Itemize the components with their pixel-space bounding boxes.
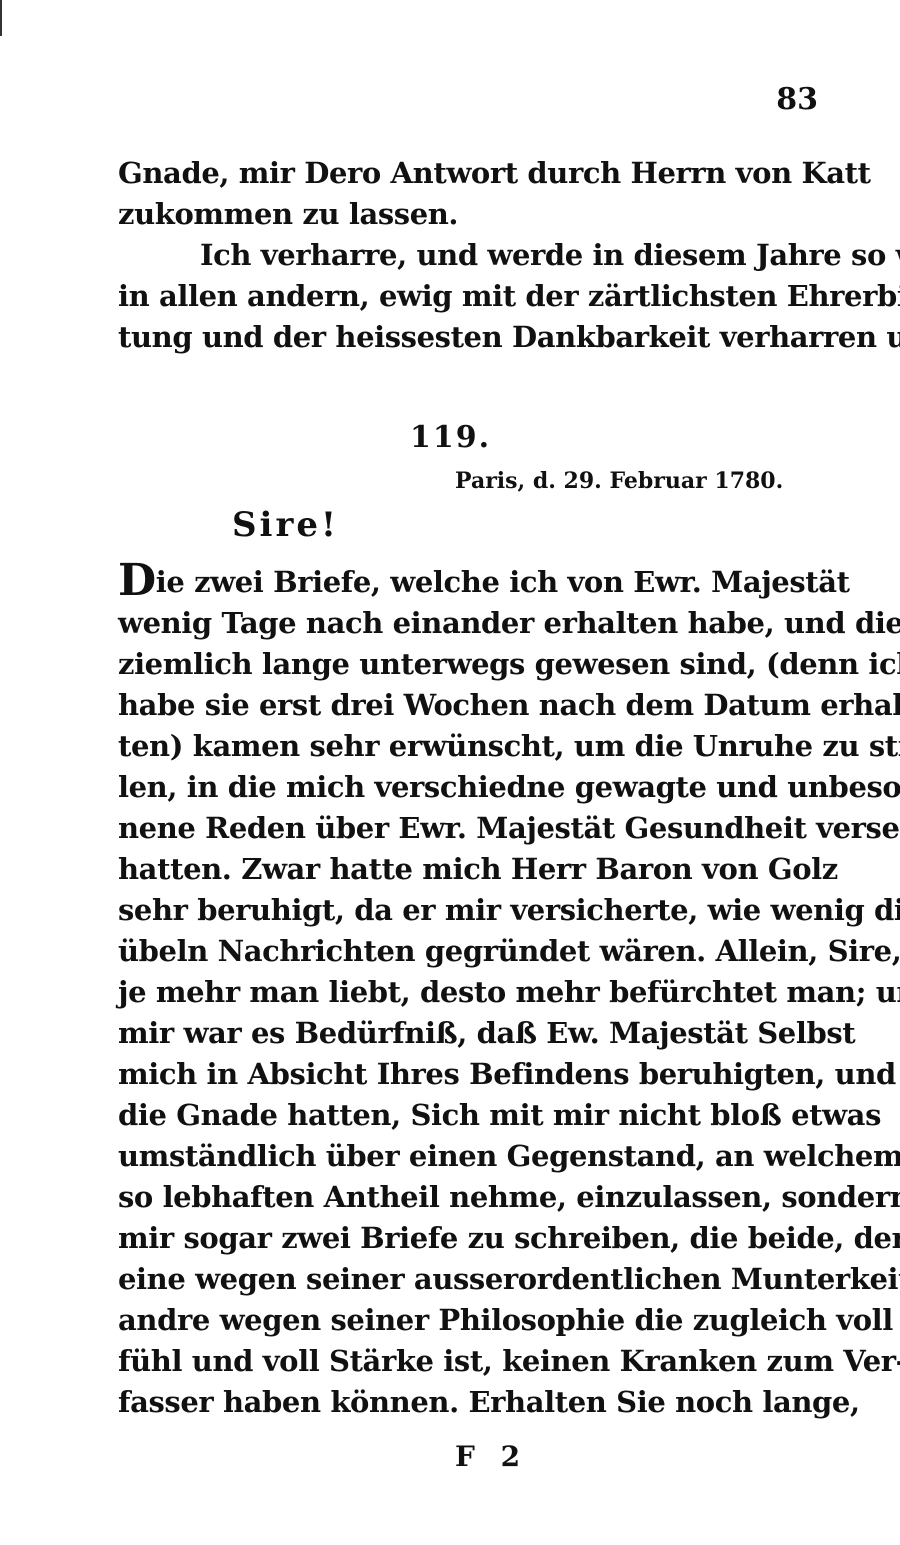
text-line: eine wegen seiner ausserordentlichen Mun… bbox=[118, 1259, 806, 1300]
letter-body: Die zwei Briefe, welche ich von Ewr. Maj… bbox=[118, 562, 806, 1423]
text-line: so lebhaften Antheil nehme, einzulassen,… bbox=[118, 1177, 806, 1218]
text-line: andre wegen seiner Philosophie die zugle… bbox=[118, 1300, 806, 1341]
text-line: die Gnade hatten, Sich mit mir nicht blo… bbox=[118, 1095, 806, 1136]
closing-paragraph: Ich verharre, und werde in diesem Jahre … bbox=[118, 235, 806, 358]
text-line: tung und der heissesten Dankbarkeit verh… bbox=[118, 317, 806, 358]
first-line-text: ie zwei Briefe, welche ich von Ewr. Maje… bbox=[156, 565, 850, 599]
text-line: wenig Tage nach einander erhalten habe, … bbox=[118, 603, 806, 644]
text-line: len, in die mich verschiedne gewagte und… bbox=[118, 767, 806, 808]
text-line: fühl und voll Stärke ist, keinen Kranken… bbox=[118, 1341, 806, 1382]
text-line: zukommen zu lassen. bbox=[118, 194, 806, 235]
drop-cap: D bbox=[118, 555, 156, 606]
text-line: Ich verharre, und werde in diesem Jahre … bbox=[118, 235, 806, 276]
text-line: je mehr man liebt, desto mehr befürchtet… bbox=[118, 972, 806, 1013]
signature-mark: F 2 bbox=[455, 1440, 528, 1473]
text-line: übeln Nachrichten gegründet wären. Allei… bbox=[118, 931, 806, 972]
text-line: umständlich über einen Gegenstand, an we… bbox=[118, 1136, 806, 1177]
text-line: fasser haben können. Erhalten Sie noch l… bbox=[118, 1382, 806, 1423]
continuation-text: Gnade, mir Dero Antwort durch Herrn von … bbox=[118, 153, 806, 235]
text-line: habe sie erst drei Wochen nach dem Datum… bbox=[118, 685, 806, 726]
text-line: Gnade, mir Dero Antwort durch Herrn von … bbox=[118, 153, 806, 194]
text-line: mich in Absicht Ihres Befindens beruhigt… bbox=[118, 1054, 806, 1095]
text-line: nene Reden über Ewr. Majestät Gesundheit… bbox=[118, 808, 806, 849]
text-line: hatten. Zwar hatte mich Herr Baron von G… bbox=[118, 849, 806, 890]
text-line: sehr beruhigt, da er mir versicherte, wi… bbox=[118, 890, 806, 931]
letter-first-line: Die zwei Briefe, welche ich von Ewr. Maj… bbox=[118, 562, 806, 603]
text-line: ten) kamen sehr erwünscht, um die Unruhe… bbox=[118, 726, 806, 767]
letter-number: 119. bbox=[410, 420, 491, 455]
letter-salutation: Sire! bbox=[232, 505, 339, 545]
text-line: mir war es Bedürfniß, daß Ew. Majestät S… bbox=[118, 1013, 806, 1054]
text-line: mir sogar zwei Briefe zu schreiben, die … bbox=[118, 1218, 806, 1259]
letter-dateline: Paris, d. 29. Februar 1780. bbox=[455, 468, 783, 494]
page-edge-mark bbox=[0, 0, 2, 36]
text-line: ziemlich lange unterwegs gewesen sind, (… bbox=[118, 644, 806, 685]
page-number: 83 bbox=[776, 82, 818, 117]
text-line: in allen andern, ewig mit der zärtlichst… bbox=[118, 276, 806, 317]
